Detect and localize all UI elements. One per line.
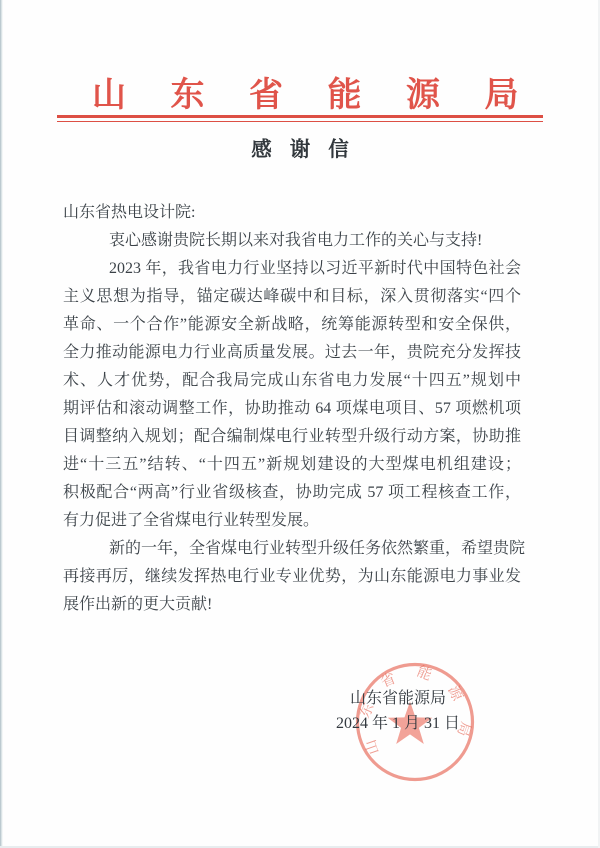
scan-edge-left <box>0 0 3 848</box>
body-line: 有力促进了全省煤电行业转型发展。 <box>63 507 521 535</box>
letterhead-rule-thin <box>57 121 543 122</box>
scanned-letter-page: 山东省能源局 感谢信 山东省热电设计院: 衷心感谢贵院长期以来对我省电力工作的关… <box>0 0 600 848</box>
body-line: 目调整纳入规划；配合编制煤电行业转型升级行动方案，协助推 <box>63 423 521 451</box>
signature-org: 山东省能源局 <box>318 687 478 712</box>
body-line: 革命、一个合作”能源安全新战略，统筹能源转型和安全保供， <box>63 311 521 339</box>
letter-body: 山东省热电设计院: 衷心感谢贵院长期以来对我省电力工作的关心与支持! 2023 … <box>63 199 521 619</box>
body-line: 2023 年，我省电力行业坚持以习近平新时代中国特色社会 <box>63 255 521 283</box>
body-line: 主义思想为指导，锚定碳达峰碳中和目标，深入贯彻落实“四个 <box>63 283 521 311</box>
body-line: 积极配合“两高”行业省级核查，协助完成 57 项工程核查工作， <box>63 479 521 507</box>
letter-title: 感谢信 <box>0 136 600 164</box>
body-line: 衷心感谢贵院长期以来对我省电力工作的关心与支持! <box>63 227 521 255</box>
body-line-salutation: 山东省热电设计院: <box>63 199 521 227</box>
body-line: 进“十三五”结转、“十四五”新规划建设的大型煤电机组建设； <box>63 451 521 479</box>
body-line: 全力推动能源电力行业高质量发展。过去一年，贵院充分发挥技 <box>63 339 521 367</box>
body-line: 再接再厉，继续发挥热电行业专业优势，为山东能源电力事业发 <box>63 563 521 591</box>
letterhead-org-title: 山东省能源局 <box>92 75 562 117</box>
signature-date: 2024 年 1 月 31 日 <box>318 712 478 737</box>
signature-block: 山东省能源局 2024 年 1 月 31 日 <box>318 687 478 736</box>
body-line: 期评估和滚动调整工作，协助推动 64 项煤电项目、57 项燃机项 <box>63 395 521 423</box>
body-line: 新的一年，全省煤电行业转型升级任务依然繁重，希望贵院 <box>63 535 521 563</box>
letterhead-rule-thick <box>57 115 543 118</box>
body-line: 术、人才优势，配合我局完成山东省电力发展“十四五”规划中 <box>63 367 521 395</box>
body-line: 展作出新的更大贡献! <box>63 591 521 619</box>
